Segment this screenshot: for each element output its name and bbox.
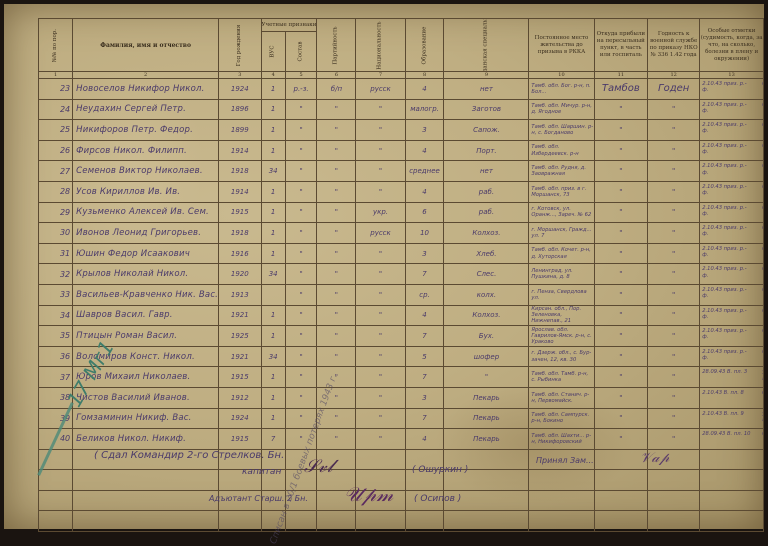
row-specialty: Пекарь — [444, 408, 529, 429]
header-vus: ВУС — [261, 32, 285, 72]
header-specialty: Гражданская специальность — [444, 19, 529, 72]
row-fitness: " — [648, 140, 700, 161]
row-vus: 1 — [261, 99, 285, 120]
row-specialty: Пекарь — [444, 429, 529, 450]
row-nationality: " — [356, 264, 405, 285]
row-residence: г. Моршанск, Гражд... ул. 7 — [529, 223, 594, 244]
note-status: без.-во тамб. обл. — [762, 225, 763, 231]
row-education: 6 — [405, 202, 444, 223]
row-sostav: " — [285, 387, 317, 408]
empty-cell — [356, 511, 405, 532]
header-residence: Постоянное место жительства до призыва в… — [529, 19, 594, 72]
row-residence: Тамб. обл. Шаршин. р-н, с. Богданово — [529, 120, 594, 141]
table-row: о38Чистов Василий Иванов.19121"""3Пекарь… — [39, 387, 764, 408]
row-education: среднее — [405, 161, 444, 182]
empty-cell — [39, 470, 73, 491]
row-sostav: " — [285, 161, 317, 182]
empty-row — [39, 511, 764, 532]
row-vus: 1 — [261, 202, 285, 223]
table-row: 34Шавров Васил. Гавр.19211"""4Колхоз.Кир… — [39, 305, 764, 326]
note-status: без.-во тамб. обл. — [762, 266, 763, 272]
note-status: без.-во тамб. обл. — [762, 184, 763, 190]
colnum: 11 — [594, 72, 648, 79]
row-birth-year: 1921 — [219, 346, 261, 367]
row-arrived-from: " — [594, 181, 648, 202]
row-birth-year: 1899 — [219, 120, 261, 141]
colnum: 6 — [317, 72, 356, 79]
row-party: " — [317, 140, 356, 161]
row-name: Беликов Никол. Никиф. — [73, 429, 219, 450]
row-vus: 1 — [261, 140, 285, 161]
row-fitness: " — [648, 387, 700, 408]
row-sostav: " — [285, 223, 317, 244]
row-birth-year: 1915 — [219, 202, 261, 223]
header-party: Партийность — [317, 19, 356, 72]
colnum: 13 — [700, 72, 764, 79]
row-arrived-from: " — [594, 387, 648, 408]
row-number-text: 34 — [60, 311, 70, 320]
row-residence: г. Котовск, ул. Оранж..., Зареч. № 62 — [529, 202, 594, 223]
row-fitness: " — [648, 181, 700, 202]
row-arrived-from: " — [594, 120, 648, 141]
row-party: " — [317, 284, 356, 305]
row-number: ●31 — [39, 243, 73, 264]
row-specialty: раб. — [444, 181, 529, 202]
row-birth-year: 1913 — [219, 284, 261, 305]
row-nationality: " — [356, 387, 405, 408]
row-sostav: " — [285, 202, 317, 223]
empty-cell — [648, 511, 700, 532]
header-arrived-from: Откуда прибыли на пересыльный пункт, в ч… — [594, 19, 648, 72]
table-row: о32Крылов Николай Никол.192034"""7Слес.Л… — [39, 264, 764, 285]
row-birth-year: 1915 — [219, 429, 261, 450]
row-arrived-from: " — [594, 284, 648, 305]
row-special-notes: 2.10.43 приз. р.-ф.без.-во тамб. обл. — [700, 161, 764, 182]
row-special-notes: 2.10.43 В. пл. 8без.-во тамб. обл. — [700, 387, 764, 408]
row-nationality: " — [356, 140, 405, 161]
row-number: 29 — [39, 202, 73, 223]
row-special-notes: 2.10.43 приз. р.-ф.без.-во тамб. обл. — [700, 305, 764, 326]
row-name: Неудахин Сергей Петр. — [73, 99, 219, 120]
colnum: 10 — [529, 72, 594, 79]
table-row: ●31Юшин Федор Исаакович19161"""3Хлеб.Там… — [39, 243, 764, 264]
row-arrived-from: " — [594, 429, 648, 450]
signature-receiver: 𝒱𝒶𝓅 — [640, 450, 669, 466]
row-fitness: " — [648, 367, 700, 388]
row-number: о23 — [39, 79, 73, 100]
empty-cell — [405, 511, 444, 532]
row-nationality: " — [356, 429, 405, 450]
row-nationality: " — [356, 346, 405, 367]
empty-cell — [219, 511, 261, 532]
row-number-text: 30 — [60, 228, 70, 237]
empty-cell — [648, 470, 700, 491]
row-party: " — [317, 305, 356, 326]
note-date: 2.10.43 приз. р.-ф. — [702, 225, 752, 237]
table-row: о30Ивонов Леонид Григорьев.19181""русск1… — [39, 223, 764, 244]
row-party: " — [317, 326, 356, 347]
empty-cell — [73, 490, 219, 511]
row-education: малогр. — [405, 99, 444, 120]
row-special-notes: 2.10.43 приз. р.-ф.без.-во тамб. обл. — [700, 202, 764, 223]
row-party: " — [317, 99, 356, 120]
row-nationality: " — [356, 181, 405, 202]
row-nationality: " — [356, 326, 405, 347]
row-number: ✱27 — [39, 161, 73, 182]
row-sostav: " — [285, 326, 317, 347]
colnum: 7 — [356, 72, 405, 79]
empty-cell — [285, 511, 317, 532]
row-fitness: " — [648, 243, 700, 264]
empty-cell — [39, 511, 73, 532]
row-specialty: Порт. — [444, 140, 529, 161]
row-special-notes: 2.10.43 приз. р.-ф.без.-во тамб. обл. — [700, 346, 764, 367]
row-birth-year: 1916 — [219, 243, 261, 264]
note-date: 2.10.43 приз. р.-ф. — [702, 143, 752, 155]
signature-commander: 𝒮𝓋𝓁 — [304, 456, 333, 477]
note-status: без.-во тамб. обл. — [762, 102, 763, 108]
row-arrived-from: " — [594, 223, 648, 244]
row-number: о36 — [39, 346, 73, 367]
header-education: Образование — [405, 19, 444, 72]
row-number-text: 33 — [60, 290, 70, 299]
row-birth-year: 1924 — [219, 408, 261, 429]
note-status: без.-во тамб. обл. — [762, 163, 763, 169]
row-name: Фирсов Никол. Филипп. — [73, 140, 219, 161]
empty-cell — [39, 490, 73, 511]
row-specialty: Хлеб. — [444, 243, 529, 264]
header-nationality: Национальность — [356, 19, 405, 72]
row-party: б/п — [317, 79, 356, 100]
row-party: " — [317, 181, 356, 202]
footer-received: Принял Зам... — [536, 456, 594, 465]
row-specialty: Заготов — [444, 99, 529, 120]
note-status: без.-во тамб. обл. — [762, 246, 763, 252]
row-residence: Ленинград, ул. Пушкина, д. 8 — [529, 264, 594, 285]
note-status: без.-во тамб. обл. — [762, 205, 763, 211]
row-education: 10 — [405, 223, 444, 244]
footer-rank-adjutant: Адъютант Старш. 2 Бн. — [209, 494, 319, 503]
header-sostav: Состав — [285, 32, 317, 72]
row-arrived-from: " — [594, 305, 648, 326]
footer-name-adjutant: ( Осипов ) — [414, 494, 461, 504]
table-row: о40Беликов Никол. Никиф.19157"""4ПекарьТ… — [39, 429, 764, 450]
colnum: 12 — [648, 72, 700, 79]
row-name: Юшин Федор Исаакович — [73, 243, 219, 264]
table-row: о24Неудахин Сергей Петр.18961"""малогр.З… — [39, 99, 764, 120]
row-sostav: р.-з. — [285, 79, 317, 100]
empty-cell — [700, 470, 764, 491]
row-fitness: " — [648, 223, 700, 244]
row-birth-year: 1925 — [219, 326, 261, 347]
row-special-notes: 2.10.43 приз. р.-ф.без.-во тамб. обл. — [700, 243, 764, 264]
row-name: Семенов Виктор Николаев. — [73, 161, 219, 182]
row-special-notes: 28.09.43 В. пл. 10без.-во тамб. обл. — [700, 429, 764, 450]
table-row: о36Воломиров Конст. Никол.192134"""5шофе… — [39, 346, 764, 367]
row-birth-year: 1921 — [219, 305, 261, 326]
row-residence: Тамб. обл. приз. в г. Моршанск, 73 — [529, 181, 594, 202]
row-number-text: 25 — [60, 125, 70, 134]
empty-cell — [529, 490, 594, 511]
row-arrived-from: " — [594, 161, 648, 182]
row-vus: 1 — [261, 181, 285, 202]
row-name: Крылов Николай Никол. — [73, 264, 219, 285]
row-specialty: Колхоз. — [444, 223, 529, 244]
note-date: 2.10.43 приз. р.-ф. — [702, 246, 752, 258]
colnum: 3 — [219, 72, 261, 79]
table-row: о23Новоселов Никифор Никол.19241р.-з.б/п… — [39, 79, 764, 100]
row-residence: г. Дзерж. обл., с. Бур-зачен, 12, кв. 30 — [529, 346, 594, 367]
row-number-text: 23 — [60, 84, 70, 93]
row-residence: Ярослав. обл. Гаврилов-Ямск. р-н, с. Ура… — [529, 326, 594, 347]
row-nationality: русск — [356, 79, 405, 100]
row-name: Усов Кириллов Ив. Ив. — [73, 181, 219, 202]
row-nationality: " — [356, 120, 405, 141]
row-residence: Тамб. обл. Станич. р-н, Первомайск. — [529, 387, 594, 408]
table-row: ✱27Семенов Виктор Николаев.191834"""сред… — [39, 161, 764, 182]
empty-cell — [444, 511, 529, 532]
row-special-notes: 2.10.43 В. пл. 9умер. в госп. отп. плен. — [700, 408, 764, 429]
row-name: Новоселов Никифор Никол. — [73, 79, 219, 100]
row-number-text: 37 — [60, 373, 70, 382]
row-residence: Кирсан. обл., Пор. Зеленовка, Нижнепав.,… — [529, 305, 594, 326]
note-status: умер. в госп. отп. плен. — [762, 411, 763, 423]
row-number-text: 28 — [60, 187, 70, 196]
row-vus: 1 — [261, 120, 285, 141]
row-nationality: " — [356, 99, 405, 120]
row-number: о37 — [39, 367, 73, 388]
row-name: Гомзаминин Никиф. Вас. — [73, 408, 219, 429]
empty-cell — [700, 449, 764, 470]
empty-row — [39, 470, 764, 491]
row-nationality: русск — [356, 223, 405, 244]
row-number-text: 24 — [60, 105, 70, 114]
row-special-notes: 2.10.43 приз. р.-ф.без.-во тамб. обл. — [700, 99, 764, 120]
header-accounting-group: Учетные признаки — [261, 19, 317, 32]
row-special-notes: 2.10.43 приз. р.-ф.без.-во тамб. обл. — [700, 120, 764, 141]
table-row: о39Гомзаминин Никиф. Вас.19241"""7Пекарь… — [39, 408, 764, 429]
row-birth-year: 1920 — [219, 264, 261, 285]
empty-cell — [700, 511, 764, 532]
note-date: 2.10.43 приз. р.-ф. — [702, 184, 752, 196]
note-status: умер. в госп. отп. плен. — [762, 369, 763, 381]
row-birth-year: 1915 — [219, 367, 261, 388]
row-number-text: 31 — [60, 249, 70, 258]
row-residence: Тамб. обл. Кочет. р-н, д. Хуторская — [529, 243, 594, 264]
row-vus: 1 — [261, 367, 285, 388]
row-education: 3 — [405, 243, 444, 264]
row-number-text: 32 — [60, 270, 70, 279]
note-date: 2.10.43 приз. р.-ф. — [702, 328, 752, 340]
row-special-notes: 2.10.43 приз. р.-ф.без.-во тамб. обл. — [700, 140, 764, 161]
empty-cell — [700, 490, 764, 511]
note-date: 2.10.43 приз. р.-ф. — [702, 287, 752, 299]
empty-cell — [529, 470, 594, 491]
row-vus: 1 — [261, 223, 285, 244]
row-sostav: " — [285, 99, 317, 120]
header-num: №№ по пор. — [39, 19, 73, 72]
row-fitness: " — [648, 346, 700, 367]
row-arrived-from: " — [594, 408, 648, 429]
row-education: 7 — [405, 367, 444, 388]
row-fitness: " — [648, 408, 700, 429]
empty-cell — [594, 490, 648, 511]
row-special-notes: 2.10.43 приз. р.-ф.без.-во тамб. обл. — [700, 326, 764, 347]
table-row: 29Кузьменко Алексей Ив. Сем.19151""укр.6… — [39, 202, 764, 223]
row-specialty: Пекарь — [444, 387, 529, 408]
row-arrived-from: " — [594, 367, 648, 388]
note-date: 2.10.43 приз. р.-ф. — [702, 81, 752, 93]
row-arrived-from: " — [594, 326, 648, 347]
row-party: " — [317, 120, 356, 141]
row-party: " — [317, 429, 356, 450]
table-row: о35Птицын Роман Васил.19251"""7Бух.Яросл… — [39, 326, 764, 347]
row-arrived-from: " — [594, 202, 648, 223]
row-number-text: 36 — [60, 352, 70, 361]
column-number-row: 1 2 3 4 5 6 7 8 9 10 11 12 13 — [39, 72, 764, 79]
signature-adjutant: 𝒰𝓅𝓂 — [344, 482, 393, 506]
document-sheet: №№ по пор. Фамилия, имя и отчество Год р… — [4, 4, 764, 529]
row-sostav: " — [285, 367, 317, 388]
note-date: 2.10.43 приз. р.-ф. — [702, 266, 752, 278]
footer-name-commander: ( Ошуркин ) — [412, 465, 468, 475]
row-birth-year: 1896 — [219, 99, 261, 120]
row-number: о28 — [39, 181, 73, 202]
row-vus — [261, 284, 285, 305]
row-nationality: " — [356, 161, 405, 182]
row-special-notes: 2.10.43 приз. р.-ф.без.-во тамб. обл. — [700, 79, 764, 100]
colnum: 5 — [285, 72, 317, 79]
row-special-notes: 2.10.43 приз. р.-ф.без.-во тамб. обл. — [700, 264, 764, 285]
colnum: 1 — [39, 72, 73, 79]
row-party: " — [317, 243, 356, 264]
note-date: 2.10.43 приз. р.-ф. — [702, 102, 752, 114]
row-special-notes: 2.10.43 приз. р.-ф.без.-во тамб. обл. — [700, 284, 764, 305]
table-row: о37Юров Михаил Николаев.19151"""7"Тамб. … — [39, 367, 764, 388]
row-number-text: 35 — [60, 331, 70, 340]
row-vus: 7 — [261, 429, 285, 450]
row-birth-year: 1912 — [219, 387, 261, 408]
row-specialty: нет — [444, 161, 529, 182]
row-birth-year: 1924 — [219, 79, 261, 100]
row-vus: 1 — [261, 326, 285, 347]
row-fitness: " — [648, 264, 700, 285]
row-fitness: " — [648, 99, 700, 120]
row-vus: 1 — [261, 243, 285, 264]
row-fitness: " — [648, 305, 700, 326]
row-sostav: " — [285, 243, 317, 264]
row-education: 4 — [405, 79, 444, 100]
row-special-notes: 2.10.43 приз. р.-ф.без.-во тамб. обл. — [700, 223, 764, 244]
row-arrived-from: " — [594, 264, 648, 285]
row-birth-year: 1914 — [219, 181, 261, 202]
note-status: без.-во тамб. обл. — [762, 328, 763, 334]
note-status: без.-во тамб. обл. — [762, 287, 763, 293]
empty-cell — [73, 511, 219, 532]
empty-cell — [356, 449, 405, 470]
row-education: 5 — [405, 346, 444, 367]
row-sostav: " — [285, 120, 317, 141]
empty-cell — [594, 511, 648, 532]
row-vus: 34 — [261, 264, 285, 285]
row-education: 3 — [405, 387, 444, 408]
row-education: 4 — [405, 181, 444, 202]
row-number-text: 40 — [60, 434, 70, 443]
row-specialty: нет — [444, 79, 529, 100]
header-name: Фамилия, имя и отчество — [73, 19, 219, 72]
note-date: 2.10.43 приз. р.-ф. — [702, 122, 752, 134]
note-status: без.-во тамб. обл. — [762, 431, 763, 437]
row-number-text: 26 — [60, 146, 70, 155]
row-nationality: " — [356, 243, 405, 264]
row-birth-year: 1918 — [219, 223, 261, 244]
row-vus: 1 — [261, 79, 285, 100]
row-party: " — [317, 202, 356, 223]
empty-cell — [648, 490, 700, 511]
row-fitness: " — [648, 326, 700, 347]
row-number: о24 — [39, 99, 73, 120]
row-nationality: укр. — [356, 202, 405, 223]
footer-handed-over: ( Сдал Командир 2-го Стрелков. Бн. — [94, 450, 284, 461]
row-residence: Тамб. обл. Избердеевск. р-н — [529, 140, 594, 161]
row-number-text: 27 — [60, 167, 70, 176]
row-residence: Тамб. обл. Шахти... р-н, Никифоровский — [529, 429, 594, 450]
empty-cell — [317, 511, 356, 532]
row-sostav: " — [285, 346, 317, 367]
row-education: 4 — [405, 305, 444, 326]
row-number: о30 — [39, 223, 73, 244]
row-education: 4 — [405, 140, 444, 161]
row-education: 4 — [405, 429, 444, 450]
table-row: ●25Никифоров Петр. Федор.18991"""3Сапож.… — [39, 120, 764, 141]
row-sostav: " — [285, 305, 317, 326]
row-party: " — [317, 161, 356, 182]
row-arrived-from: " — [594, 346, 648, 367]
row-vus: 1 — [261, 305, 285, 326]
row-number: 34 — [39, 305, 73, 326]
note-status: без.-во тамб. обл. — [762, 81, 763, 87]
row-number: о35 — [39, 326, 73, 347]
header-year: Год рождения — [219, 19, 261, 72]
row-vus: 34 — [261, 161, 285, 182]
table-row: о28Усов Кириллов Ив. Ив.19141"""4раб.Там… — [39, 181, 764, 202]
row-specialty: Сапож. — [444, 120, 529, 141]
row-vus: 1 — [261, 408, 285, 429]
row-specialty: шофер — [444, 346, 529, 367]
row-education: ср. — [405, 284, 444, 305]
row-residence: г. Пенза, Свердлова ул. — [529, 284, 594, 305]
row-arrived-from: " — [594, 140, 648, 161]
header-special-notes: Особые отметки (судимость, когда, за что… — [700, 19, 764, 72]
row-residence: Тамб. обл. Сампурск. р-н, Бокино — [529, 408, 594, 429]
colnum: 9 — [444, 72, 529, 79]
note-date: 28.09.43 В. пл. 3 — [702, 369, 752, 375]
row-education: 3 — [405, 120, 444, 141]
row-nationality: " — [356, 367, 405, 388]
note-date: 2.10.43 приз. р.-ф. — [702, 163, 752, 175]
row-nationality: " — [356, 408, 405, 429]
note-date: 2.10.43 В. пл. 9 — [702, 411, 752, 417]
note-status: без.-во тамб. обл. — [762, 308, 763, 314]
row-fitness: " — [648, 161, 700, 182]
note-status: без.-во тамб. обл. — [762, 122, 763, 128]
colnum: 4 — [261, 72, 285, 79]
row-name: Шавров Васил. Гавр. — [73, 305, 219, 326]
note-date: 2.10.43 приз. р.-ф. — [702, 205, 752, 217]
row-arrived-from: " — [594, 243, 648, 264]
note-date: 2.10.43 В. пл. 8 — [702, 390, 752, 396]
row-sostav: " — [285, 264, 317, 285]
